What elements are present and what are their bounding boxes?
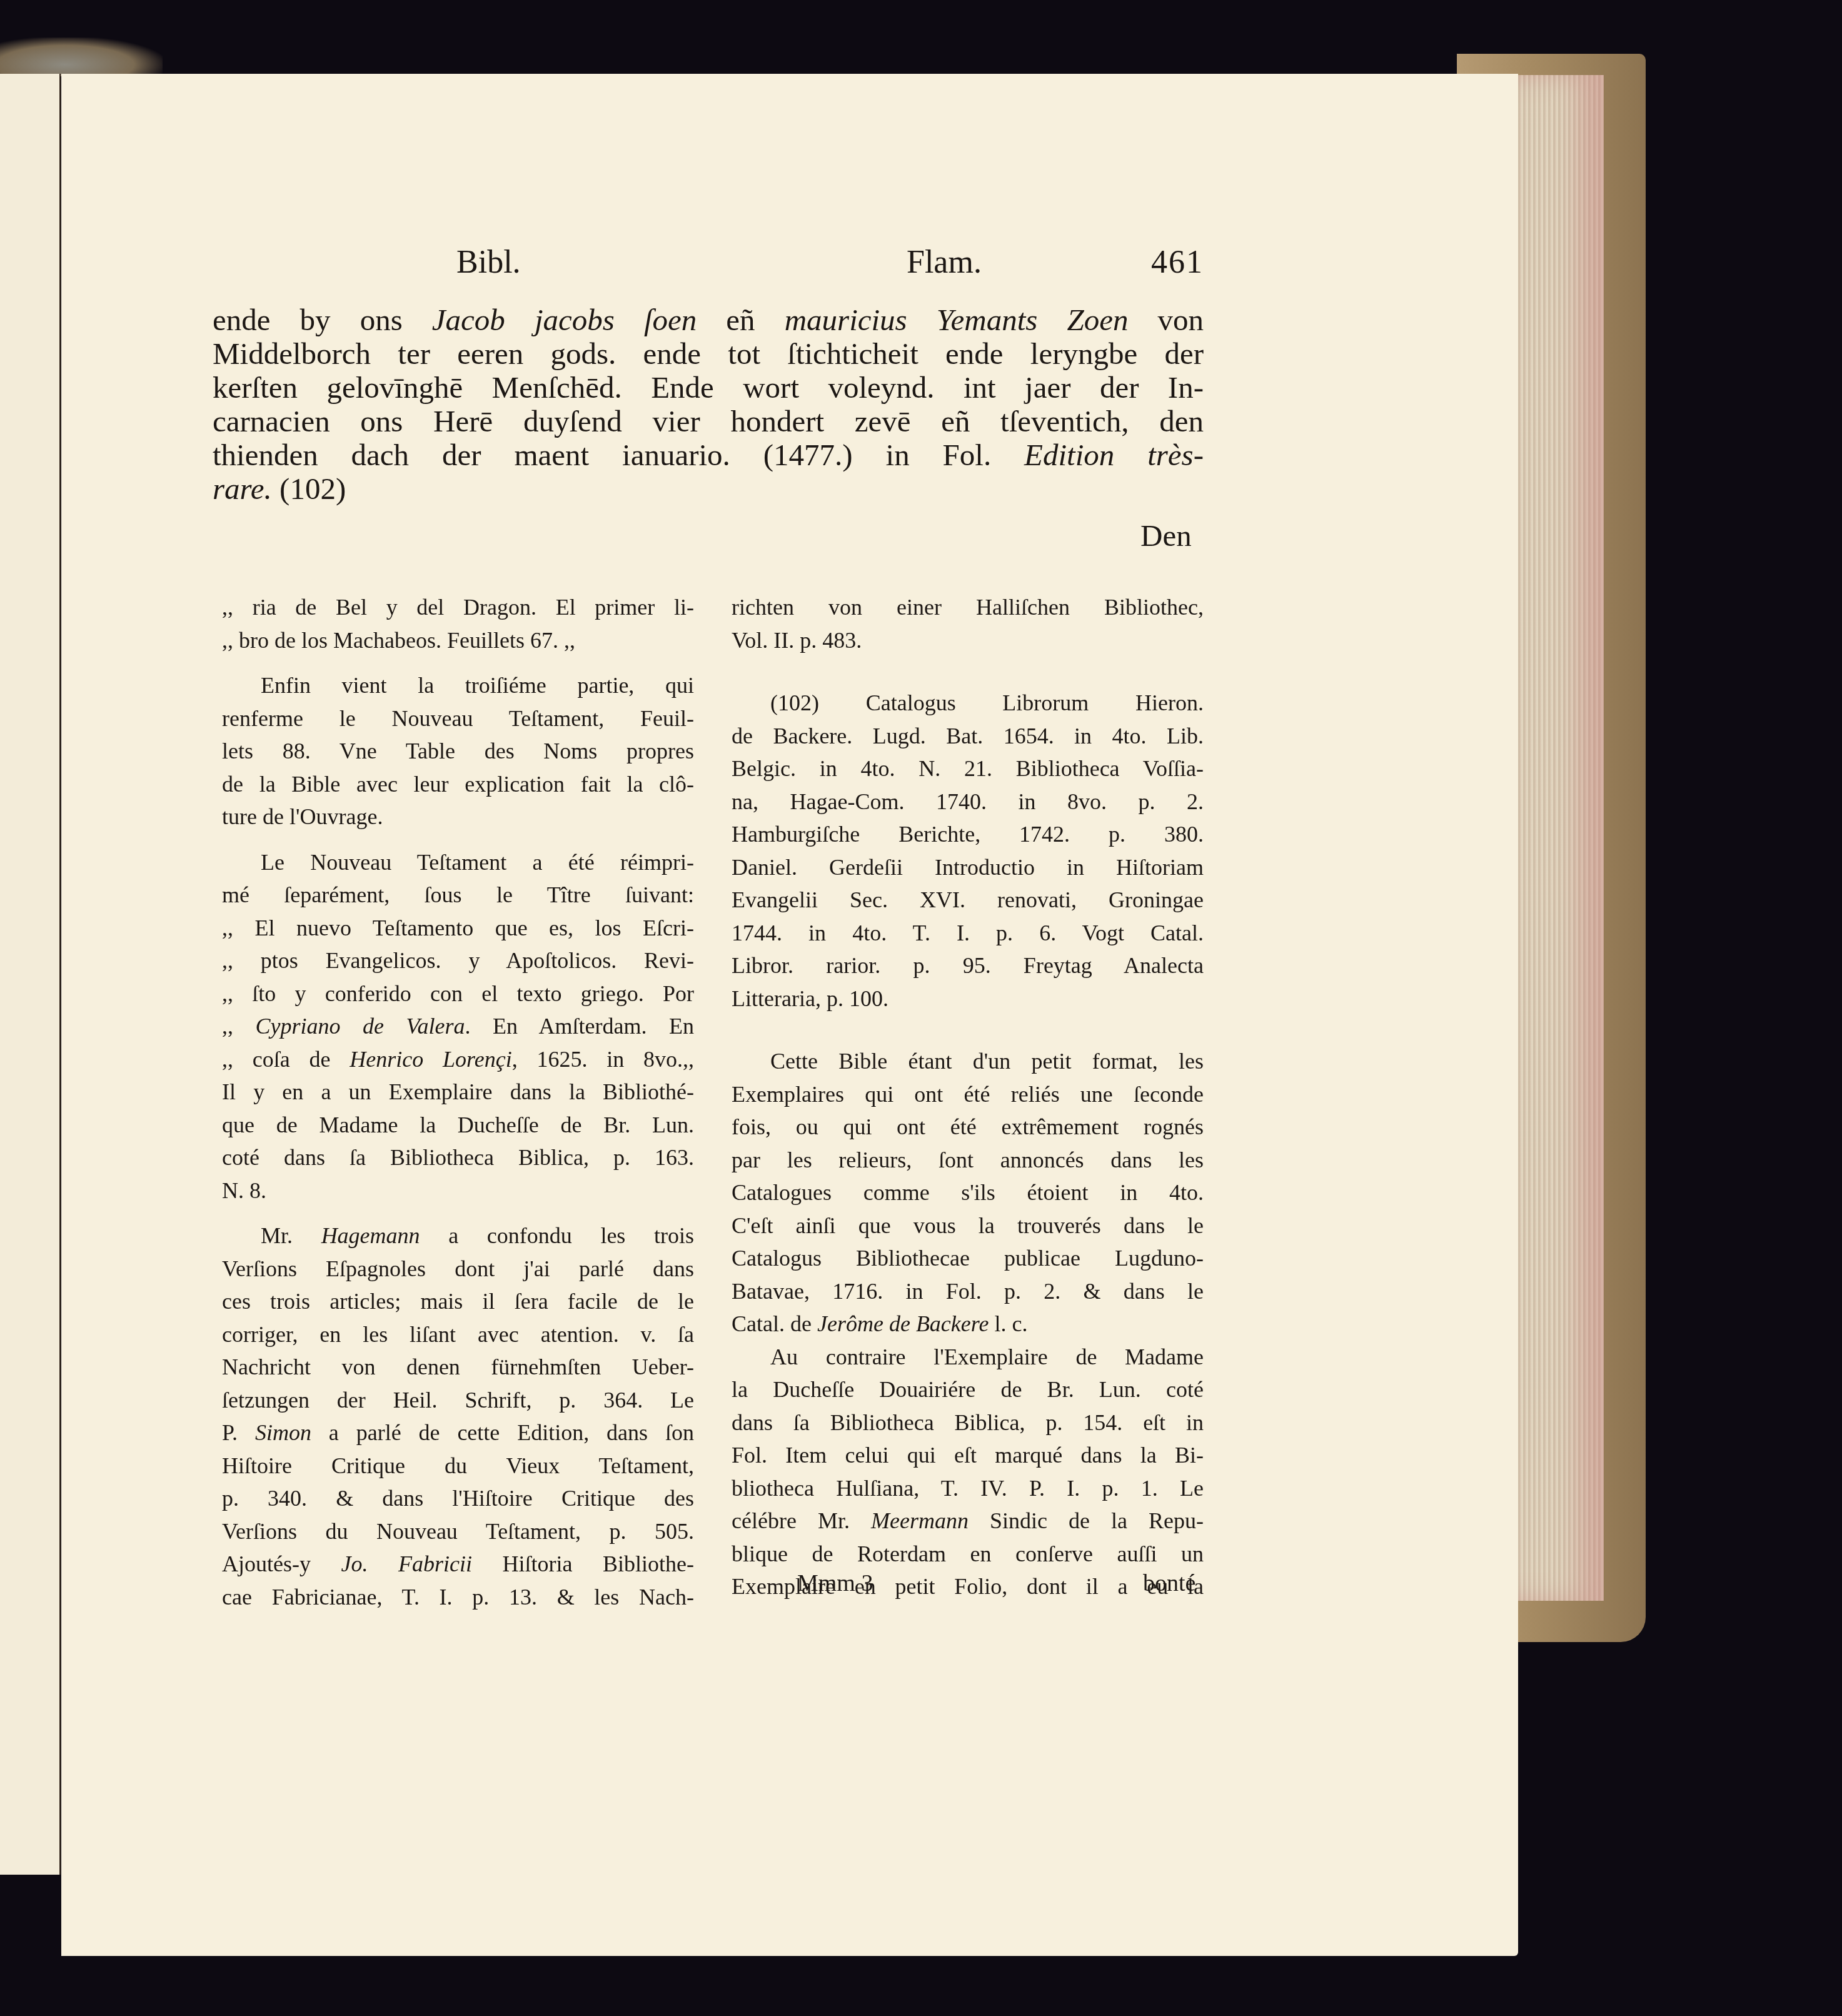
text-line: Enfin vient la troiſiéme partie, qui <box>222 669 694 702</box>
text-line: corriger, en les liſant avec atention. v… <box>222 1318 694 1351</box>
text-line: lets 88. Vne Table des Noms propres <box>222 735 694 768</box>
text-line: Catalogues comme s'ils étoient in 4to. <box>732 1176 1204 1209</box>
text-line: kerſten gelovīnghē Menſchēd. Ende wort v… <box>213 371 1204 405</box>
text-line: N. 8. <box>222 1174 694 1207</box>
text-line: dans ſa Bibliotheca Biblica, p. 154. eſt… <box>732 1406 1204 1439</box>
right-column: richten von einer Halliſchen Bibliothec,… <box>732 591 1204 1603</box>
text-line: ,, El nuevo Teſtamento que es, los Eſcri… <box>222 912 694 945</box>
text-line: bliotheca Hulſiana, T. IV. P. I. p. 1. L… <box>732 1472 1204 1505</box>
footnote-102: (102) Catalogus Librorum Hieron. de Back… <box>732 687 1204 1015</box>
text-line: Daniel. Gerdeſii Introductio in Hiſtoria… <box>732 851 1204 884</box>
text-line: mé ſeparément, ſous le Tître ſuivant: <box>222 879 694 912</box>
text-line: ,, ria de Bel y del Dragon. El primer li… <box>222 591 694 624</box>
text-line: ,, bro de los Machabeos. Feuillets 67. ,… <box>222 624 694 657</box>
text-line: Evangelii Sec. XVI. renovati, Groningae <box>732 884 1204 917</box>
text-line: p. 340. & dans l'Hiſtoire Critique des <box>222 1482 694 1515</box>
text-line: de Backere. Lugd. Bat. 1654. in 4to. Lib… <box>732 720 1204 753</box>
text-line: (102) Catalogus Librorum Hieron. <box>732 687 1204 720</box>
text-line: ſetzungen der Heil. Schrift, p. 364. Le <box>222 1384 694 1417</box>
text-line: Hiſtoire Critique du Vieux Teſtament, <box>222 1449 694 1483</box>
page-number: 461 <box>1151 244 1204 281</box>
text-line: Verſions du Nouveau Teſtament, p. 505. <box>222 1515 694 1548</box>
text-line: Ajoutés-y Jo. Fabricii Hiſtoria Biblioth… <box>222 1548 694 1581</box>
text-line: Le Nouveau Teſtament a été réimpri- <box>222 846 694 879</box>
text-line: Mr. Hagemann a confondu les trois <box>222 1219 694 1252</box>
left-column: ,, ria de Bel y del Dragon. El primer li… <box>222 591 694 1613</box>
running-head-center: Flam. <box>907 244 982 281</box>
text-line: ,, coſa de Henrico Lorençi, 1625. in 8vo… <box>222 1043 694 1076</box>
text-line: blique de Roterdam en conſerve auſſi un <box>732 1538 1204 1571</box>
text-line: que de Madame la Ducheſſe de Br. Lun. <box>222 1109 694 1142</box>
text-line: la Ducheſſe Douairiére de Br. Lun. coté <box>732 1373 1204 1406</box>
lead-paragraph: ende by ons Jacob jacobs ſoen eñ maurici… <box>213 303 1204 506</box>
text-line: Il y en a un Exemplaire dans la Biblioth… <box>222 1076 694 1109</box>
text-line: coté dans ſa Bibliotheca Biblica, p. 163… <box>222 1141 694 1174</box>
catchword-den: Den <box>1140 518 1192 553</box>
text-line: Libror. rarior. p. 95. Freytag Analecta <box>732 949 1204 982</box>
text-line: Litteraria, p. 100. <box>732 982 1204 1016</box>
text-line: Middelborch ter eeren gods. ende tot ſti… <box>213 337 1204 371</box>
text-line: célébre Mr. Meermann Sindic de la Repu- <box>732 1504 1204 1538</box>
text-line: Cette Bible étant d'un petit format, les <box>732 1045 1204 1078</box>
text-line: de la Bible avec leur explication fait l… <box>222 768 694 801</box>
text-line: ,, Cypriano de Valera. En Amſterdam. En <box>222 1010 694 1043</box>
text-line: Vol. II. p. 483. <box>732 624 1204 657</box>
text-line: fois, ou qui ont été extrêmement rognés <box>732 1111 1204 1144</box>
text-line: ces trois articles; mais il ſera facile … <box>222 1285 694 1318</box>
text-line: thienden dach der maent ianuario. (1477.… <box>213 438 1204 472</box>
text-line: ,, ptos Evangelicos. y Apoſtolicos. Revi… <box>222 944 694 977</box>
text-line: cae Fabricianae, T. I. p. 13. & les Nach… <box>222 1581 694 1614</box>
text-line: ,, ſto y conferido con el texto griego. … <box>222 977 694 1011</box>
text-line: par les relieurs, ſont annoncés dans les <box>732 1144 1204 1177</box>
signature-mark: Mmm 3 <box>797 1570 873 1597</box>
facing-page-edge <box>0 74 61 1875</box>
text-line: carnacien ons Herē duyſend vier hondert … <box>213 405 1204 438</box>
text-line: P. Simon a parlé de cette Edition, dans … <box>222 1416 694 1449</box>
text-line: ende by ons Jacob jacobs ſoen eñ maurici… <box>213 303 1204 337</box>
running-head: Bibl. Flam. 461 <box>456 244 1204 281</box>
text-line: Fol. Item celui qui eſt marqué dans la B… <box>732 1439 1204 1472</box>
running-head-left: Bibl. <box>456 244 521 281</box>
text-line: Catalogus Bibliothecae publicae Lugduno- <box>732 1242 1204 1275</box>
text-line: rare. (102) <box>213 472 1204 506</box>
text-line: renferme le Nouveau Teſtament, Feuil- <box>222 702 694 735</box>
text-line: richten von einer Halliſchen Bibliothec, <box>732 591 1204 624</box>
text-line: C'eſt ainſi que vous la trouverés dans l… <box>732 1209 1204 1242</box>
text-line: Hamburgiſche Berichte, 1742. p. 380. <box>732 818 1204 851</box>
text-line: ture de l'Ouvrage. <box>222 800 694 834</box>
text-line: Batavae, 1716. in Fol. p. 2. & dans le <box>732 1275 1204 1308</box>
text-line: 1744. in 4to. T. I. p. 6. Vogt Catal. <box>732 917 1204 950</box>
text-line: Belgic. in 4to. N. 21. Bibliotheca Voſſi… <box>732 752 1204 785</box>
catchword-bottom: bonté <box>1143 1570 1195 1597</box>
text-line: Verſions Eſpagnoles dont j'ai parlé dans <box>222 1252 694 1286</box>
text-line: Au contraire l'Exemplaire de Madame <box>732 1341 1204 1374</box>
spine-top <box>0 38 163 76</box>
text-line: na, Hagae-Com. 1740. in 8vo. p. 2. <box>732 785 1204 819</box>
text-line: Nachricht von denen fürnehmſten Ueber- <box>222 1351 694 1384</box>
text-line: Catal. de Jerôme de Backere l. c. <box>732 1308 1204 1341</box>
text-line: Exemplaires qui ont été reliés une ſecon… <box>732 1078 1204 1111</box>
